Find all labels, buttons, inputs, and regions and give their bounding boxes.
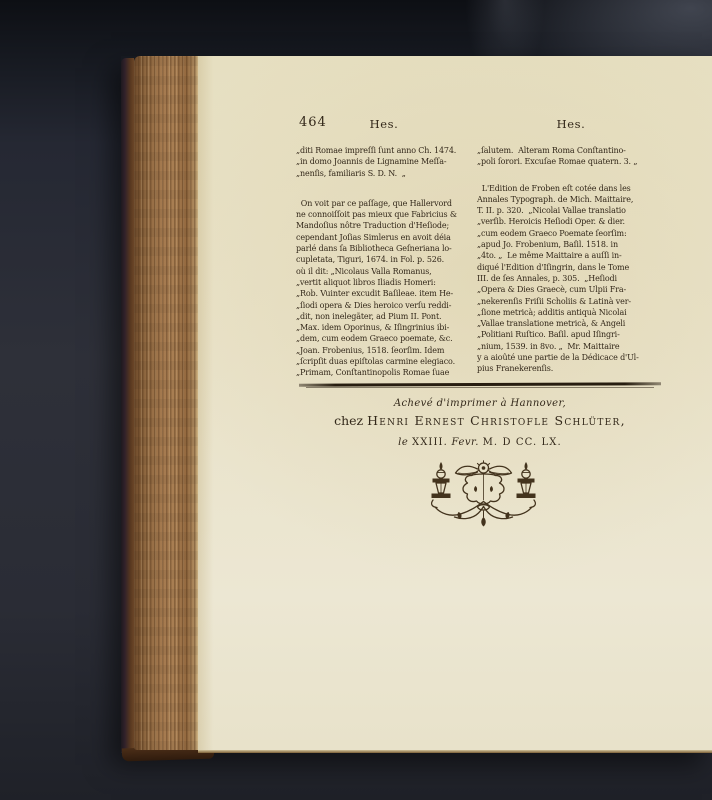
text-line: „diti Romae impreſſi ſunt anno Ch. 1474. [296, 145, 472, 156]
text-column-right: „ſalutem. Alteram Roma Conſtantino- „pol… [477, 145, 665, 375]
text-line: „Joan. Frobenius, 1518. ſeorſim. Idem [296, 345, 472, 356]
text-line: „in domo Joannis de Lignamine Meſſa- [296, 156, 472, 167]
text-line: „Rob. Vuinter excudit Baſileae. item He- [296, 288, 472, 299]
text-line: III. de ſes Annales, p. 305. „Heſiodi [477, 273, 665, 284]
text-line: „verſib. Heroicis Heſiodi Oper. & dier. [477, 216, 665, 227]
text-line: „nium, 1539. in 8vo. „ Mr. Maittaire [477, 341, 665, 352]
text-line: „Politiani Ruſtico. Baſil. apud Iſingri- [477, 329, 665, 340]
text-line: où il dit: „Nicolaus Valla Romanus, [296, 266, 472, 277]
text-line: pius Franekerenſis. [477, 363, 665, 374]
text-line: „apud Jo. Frobenium, Baſil. 1518. in [477, 239, 665, 250]
running-header-left: Hes. [296, 117, 472, 131]
colophon-year: M. D CC. LX. [483, 437, 562, 448]
text-line: „4to. „ Le même Maittaire a auſſi in- [477, 250, 665, 261]
text-line: „ſione metricà; additis antiquà Nicolai [477, 307, 665, 318]
text-line: „Vallae translatione metricà, & Angeli [477, 318, 665, 329]
text-line: „ſiodi opera & Dies heroico verſu reddi- [296, 300, 472, 311]
text-line: On voit par ce paſſage, que Hallervord [296, 198, 472, 209]
text-line: Mandoſius nôtre Traduction d'Heſiode; [296, 220, 472, 231]
text-line: „nekerenſis Friſii Scholiis & Latinà ver… [477, 296, 665, 307]
text-line: Annales Typograph. de Mich. Maittaire, [477, 194, 665, 205]
text-line: L'Edition de Froben eſt cotée dans les [477, 183, 665, 194]
colophon-le: le [398, 437, 408, 448]
printers-ornament-vignette [420, 460, 547, 534]
paragraph: L'Edition de Froben eſt cotée dans les A… [477, 183, 665, 375]
paragraph: „diti Romae impreſſi ſunt anno Ch. 1474.… [296, 145, 472, 179]
printer-name: Henri Ernest Christofle Schlüter, [367, 413, 626, 428]
colophon-month: Fevr. [452, 437, 479, 448]
text-line: y a aioûté une partie de la Dédicace d'U… [477, 352, 665, 363]
colophon-line-3: le XXIII. Fevr. M. D CC. LX. [296, 437, 664, 448]
text-line: cupletata, Tiguri, 1674. in Fol. p. 526. [296, 254, 472, 265]
page-content: 464 Hes. Hes. „diti Romae impreſſi ſunt … [0, 0, 712, 800]
text-line: „Primam, Conſtantinopolis Romae ſuae [296, 367, 472, 378]
text-line: „dem, cum eodem Graeco poemate, &c. [296, 333, 472, 344]
text-line: „Max. idem Oporinus, & Iſingrinius ibi- [296, 322, 472, 333]
text-line: „dit, non inelegãter, ad Pium II. Pont. [296, 311, 472, 322]
section-divider-rule [299, 382, 661, 386]
paragraph: On voit par ce paſſage, que Hallervord n… [296, 198, 472, 379]
colophon-line-1: Achevé d'imprimer à Hannover, [296, 398, 664, 409]
colophon-day: XXIII. [412, 437, 448, 448]
photo-background: 464 Hes. Hes. „diti Romae impreſſi ſunt … [0, 0, 712, 800]
running-header-right: Hes. [477, 117, 665, 131]
text-line: T. II. p. 320. „Nicolai Vallae translati… [477, 205, 665, 216]
text-line: ne connoiſſoit pas mieux que Fabricius & [296, 209, 472, 220]
colophon-line-2: chez Henri Ernest Christofle Schlüter, [296, 413, 664, 428]
colophon-chez: chez [334, 413, 363, 428]
text-line: cependant Joſias Simlerus en avoit déia [296, 232, 472, 243]
text-line: „vertit aliquot libros Iliadis Homeri: [296, 277, 472, 288]
text-line: parlé dans ſa Bibliotheca Geſneriana lo- [296, 243, 472, 254]
text-line: „nenſis, familiaris S. D. N. „ [296, 168, 472, 179]
paragraph: „ſalutem. Alteram Roma Conſtantino- „pol… [477, 145, 665, 168]
text-line: „ſalutem. Alteram Roma Conſtantino- [477, 145, 665, 156]
text-column-left: „diti Romae impreſſi ſunt anno Ch. 1474.… [296, 145, 472, 379]
section-divider-rule-shadow [306, 387, 654, 388]
text-line: „ſcripſit duas epiſtolas carmine elegiac… [296, 356, 472, 367]
text-line: „Opera & Dies Graecè, cum Ulpii Fra- [477, 284, 665, 295]
text-line: „poli ſorori. Excuſae Romae quatern. 3. … [477, 156, 665, 167]
text-line: diqué l'Edition d'Iſingrin, dans le Tome [477, 262, 665, 273]
text-line: „cum eodem Graeco Poemate ſeorſim: [477, 228, 665, 239]
